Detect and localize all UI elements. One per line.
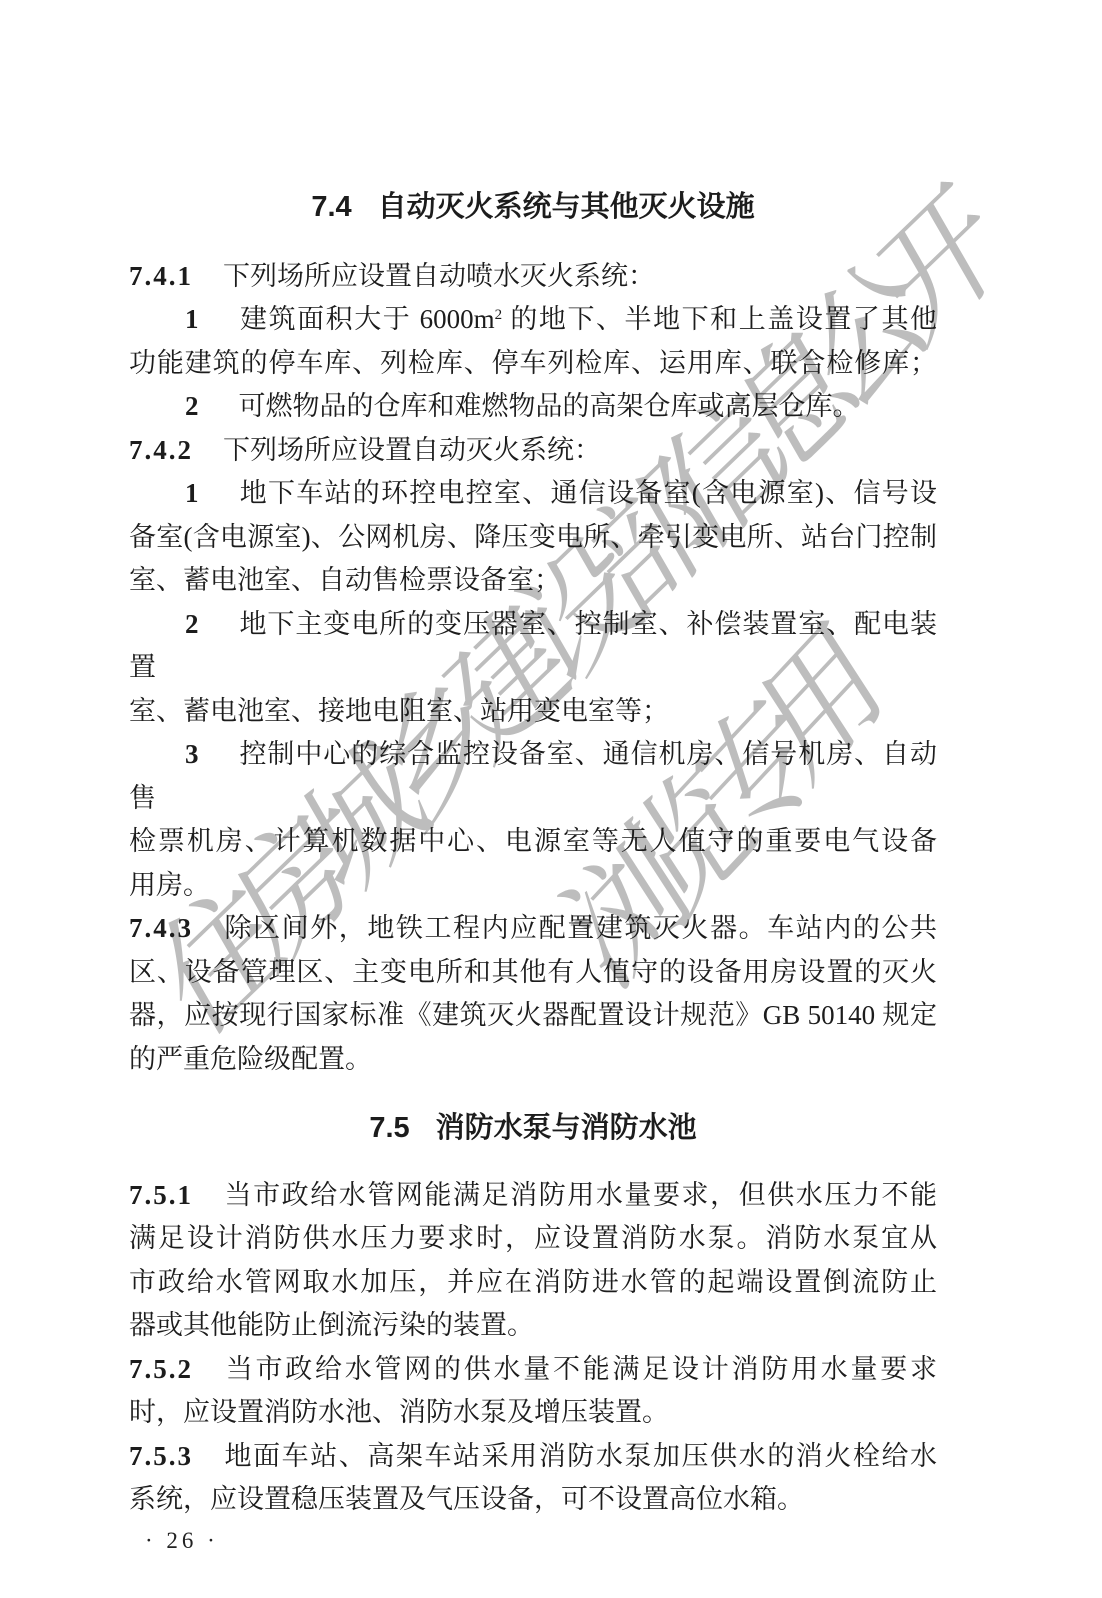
item-text: 建筑面积大于 6000m2 的地下、半地下和上盖设置了其他 <box>199 304 938 334</box>
section-heading-7-5: 7.5消防水泵与消防水池 <box>129 1107 937 1151</box>
clause-text: 当市政给水管网能满足消防用水量要求，但供水压力不能 <box>193 1180 937 1210</box>
item-1-line-1: 1建筑面积大于 6000m2 的地下、半地下和上盖设置了其他 <box>129 298 937 342</box>
clause-text: 下列场所应设置自动喷水灭火系统： <box>193 261 655 291</box>
clause-number: 7.4.2 <box>129 435 193 465</box>
item-text: 地下车站的环控电控室、通信设备室(含电源室)、信号设 <box>199 478 938 508</box>
clause-text: 地面车站、高架车站采用消防水泵加压供水的消火栓给水 <box>193 1441 937 1471</box>
clause-number: 7.4.3 <box>129 913 193 943</box>
text-line: 的严重危险级配置。 <box>129 1038 937 1082</box>
clause-7-5-3-line: 7.5.3地面车站、高架车站采用消防水泵加压供水的消火栓给水 <box>129 1435 937 1479</box>
text-line: 时，应设置消防水池、消防水泵及增压装置。 <box>129 1391 937 1435</box>
item-2-line-1: 2地下主变电所的变压器室、控制室、补偿装置室、配电装置 <box>129 603 937 690</box>
section-number: 7.5 <box>369 1112 409 1144</box>
clause-7-4-3-line: 7.4.3除区间外，地铁工程内应配置建筑灭火器。车站内的公共 <box>129 907 937 951</box>
item-text-before-sup: 建筑面积大于 6000m <box>239 304 495 334</box>
section-title: 自动灭火系统与其他灭火设施 <box>352 191 755 223</box>
clause-number: 7.5.1 <box>129 1180 193 1210</box>
superscript-square: 2 <box>495 307 503 323</box>
item-text: 地下主变电所的变压器室、控制室、补偿装置室、配电装置 <box>129 609 937 683</box>
text-line: 用房。 <box>129 864 937 908</box>
item-1-line-1: 1地下车站的环控电控室、通信设备室(含电源室)、信号设 <box>129 472 937 516</box>
item-number: 2 <box>185 391 199 421</box>
item-text: 可燃物品的仓库和难燃物品的高架仓库或高层仓库。 <box>199 391 860 421</box>
text-line: 市政给水管网取水加压，并应在消防进水管的起端设置倒流防止 <box>129 1261 937 1305</box>
text-line: 器或其他能防止倒流污染的装置。 <box>129 1304 937 1348</box>
text-line: 区、设备管理区、主变电所和其他有人值守的设备用房设置的灭火 <box>129 951 937 995</box>
text-line: 检票机房、计算机数据中心、电源室等无人值守的重要电气设备 <box>129 820 937 864</box>
item-number: 1 <box>185 304 199 334</box>
text-line: 室、蓄电池室、接地电阻室、站用变电室等； <box>129 690 937 734</box>
text-line: 室、蓄电池室、自动售检票设备室； <box>129 559 937 603</box>
clause-7-5-2-line: 7.5.2当市政给水管网的供水量不能满足设计消防用水量要求 <box>129 1348 937 1392</box>
item-text-after-sup: 的地下、半地下和上盖设置了其他 <box>502 304 937 334</box>
item-2-line: 2可燃物品的仓库和难燃物品的高架仓库或高层仓库。 <box>129 385 937 429</box>
clause-7-4-2-line: 7.4.2下列场所应设置自动灭火系统： <box>129 429 937 473</box>
section-heading-7-4: 7.4自动灭火系统与其他灭火设施 <box>129 186 937 230</box>
clause-7-4-1-line: 7.4.1下列场所应设置自动喷水灭火系统： <box>129 255 937 299</box>
clause-text: 除区间外，地铁工程内应配置建筑灭火器。车站内的公共 <box>193 913 937 943</box>
item-number: 2 <box>185 609 199 639</box>
text-line: 满足设计消防供水压力要求时，应设置消防水泵。消防水泵宜从 <box>129 1217 937 1261</box>
page-content: 7.4自动灭火系统与其他灭火设施 7.4.1下列场所应设置自动喷水灭火系统： 1… <box>129 186 937 1556</box>
page-number: · 26 · <box>129 1526 937 1556</box>
text-line: 器，应按现行国家标准《建筑灭火器配置设计规范》GB 50140 规定 <box>129 994 937 1038</box>
item-number: 3 <box>185 739 199 769</box>
text-line: 备室(含电源室)、公网机房、降压变电所、牵引变电所、站台门控制 <box>129 516 937 560</box>
item-3-line-1: 3控制中心的综合监控设备室、通信机房、信号机房、自动售 <box>129 733 937 820</box>
clause-number: 7.5.3 <box>129 1441 193 1471</box>
section-number: 7.4 <box>311 191 351 223</box>
clause-number: 7.5.2 <box>129 1354 193 1384</box>
item-number: 1 <box>185 478 199 508</box>
section-title: 消防水泵与消防水池 <box>410 1112 697 1144</box>
text-line: 功能建筑的停车库、列检库、停车列检库、运用库、联合检修库； <box>129 342 937 386</box>
item-text: 控制中心的综合监控设备室、通信机房、信号机房、自动售 <box>129 739 937 813</box>
clause-text: 下列场所应设置自动灭火系统： <box>193 435 601 465</box>
document-page: 住房城乡建设部信息公开 浏览专用 7.4自动灭火系统与其他灭火设施 7.4.1下… <box>0 0 1102 1598</box>
clause-number: 7.4.1 <box>129 261 193 291</box>
clause-7-5-1-line: 7.5.1当市政给水管网能满足消防用水量要求，但供水压力不能 <box>129 1174 937 1218</box>
clause-text: 当市政给水管网的供水量不能满足设计消防用水量要求 <box>193 1354 937 1384</box>
text-line: 系统，应设置稳压装置及气压设备，可不设置高位水箱。 <box>129 1478 937 1522</box>
